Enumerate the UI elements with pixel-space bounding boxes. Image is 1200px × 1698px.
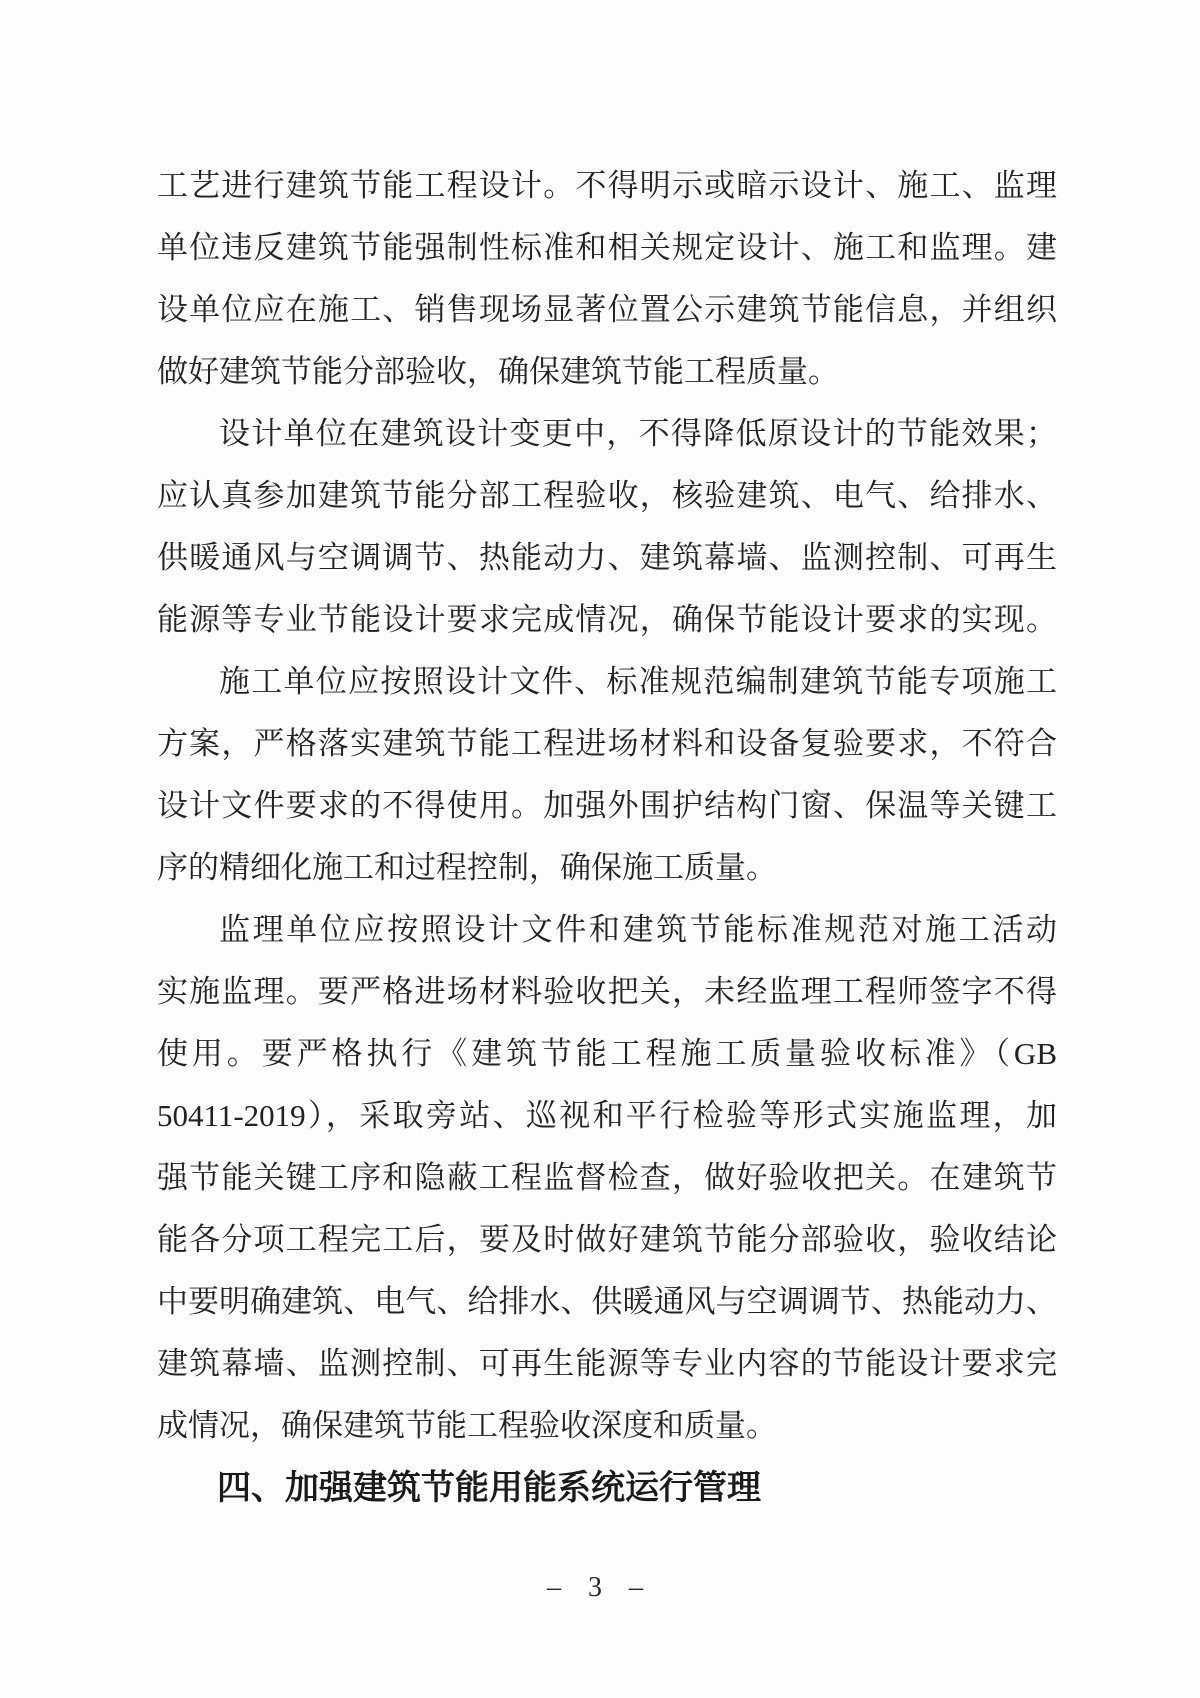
body-line: 供暖通风与空调调节、热能动力、建筑幕墙、监测控制、可再生 xyxy=(157,527,1057,589)
body-line: 应认真参加建筑节能分部工程验收，核验建筑、电气、给排水、 xyxy=(157,465,1057,527)
body-line: 监理单位应按照设计文件和建筑节能标准规范对施工活动 xyxy=(157,899,1057,961)
body-line: 设计文件要求的不得使用。加强外围护结构门窗、保温等关键工 xyxy=(157,775,1057,837)
body-line: 实施监理。要严格进场材料验收把关，未经监理工程师签字不得 xyxy=(157,961,1057,1023)
document-body: 工艺进行建筑节能工程设计。不得明示或暗示设计、施工、监理 单位违反建筑节能强制性… xyxy=(157,155,1057,1519)
body-line: 能各分项工程完工后，要及时做好建筑节能分部验收，验收结论 xyxy=(157,1209,1057,1271)
body-line: 建筑幕墙、监测控制、可再生能源等专业内容的节能设计要求完 xyxy=(157,1333,1057,1395)
body-line: 做好建筑节能分部验收，确保建筑节能工程质量。 xyxy=(157,341,1057,403)
section-heading: 四、加强建筑节能用能系统运行管理 xyxy=(157,1457,1057,1519)
body-line: 单位违反建筑节能强制性标准和相关规定设计、施工和监理。建 xyxy=(157,217,1057,279)
body-line: 方案，严格落实建筑节能工程进场材料和设备复验要求，不符合 xyxy=(157,713,1057,775)
body-line: 强节能关键工序和隐蔽工程监督检查，做好验收把关。在建筑节 xyxy=(157,1147,1057,1209)
document-page: 工艺进行建筑节能工程设计。不得明示或暗示设计、施工、监理 单位违反建筑节能强制性… xyxy=(0,0,1200,1698)
body-line: 序的精细化施工和过程控制，确保施工质量。 xyxy=(157,837,1057,899)
page-footer: – 3 – xyxy=(0,1572,1200,1604)
page-number: – 3 – xyxy=(547,1572,653,1603)
body-line: 成情况，确保建筑节能工程验收深度和质量。 xyxy=(157,1395,1057,1457)
paragraph-2: 设计单位在建筑设计变更中，不得降低原设计的节能效果； 应认真参加建筑节能分部工程… xyxy=(157,403,1057,651)
body-line: 50411-2019），采取旁站、巡视和平行检验等形式实施监理，加 xyxy=(157,1085,1057,1147)
paragraph-1: 工艺进行建筑节能工程设计。不得明示或暗示设计、施工、监理 单位违反建筑节能强制性… xyxy=(157,155,1057,403)
body-line: 设单位应在施工、销售现场显著位置公示建筑节能信息，并组织 xyxy=(157,279,1057,341)
body-line: 使用。要严格执行《建筑节能工程施工质量验收标准》（GB xyxy=(157,1023,1057,1085)
body-line: 施工单位应按照设计文件、标准规范编制建筑节能专项施工 xyxy=(157,651,1057,713)
body-line: 工艺进行建筑节能工程设计。不得明示或暗示设计、施工、监理 xyxy=(157,155,1057,217)
paragraph-4: 监理单位应按照设计文件和建筑节能标准规范对施工活动 实施监理。要严格进场材料验收… xyxy=(157,899,1057,1457)
body-line: 能源等专业节能设计要求完成情况，确保节能设计要求的实现。 xyxy=(157,589,1057,651)
body-line: 设计单位在建筑设计变更中，不得降低原设计的节能效果； xyxy=(157,403,1057,465)
paragraph-3: 施工单位应按照设计文件、标准规范编制建筑节能专项施工 方案，严格落实建筑节能工程… xyxy=(157,651,1057,899)
body-line: 中要明确建筑、电气、给排水、供暖通风与空调调节、热能动力、 xyxy=(157,1271,1057,1333)
